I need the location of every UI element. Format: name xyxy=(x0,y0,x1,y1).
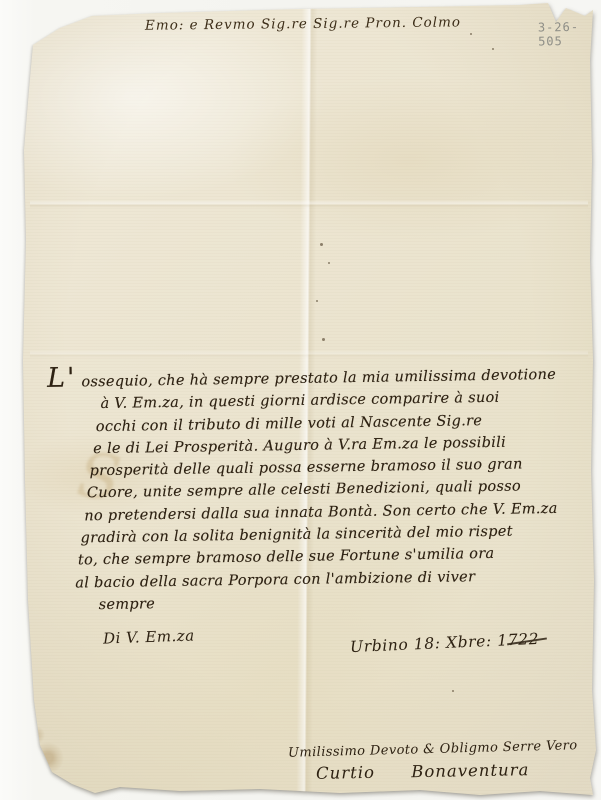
closing-formula: Di V. Em.za xyxy=(103,626,195,647)
signature-title: Umilissimo Devoto & Obligmo Serre Vero xyxy=(288,738,578,761)
letter-paper-shadow: S Emo: e Revmo Sig.re Sig.re Pron. Colmo… xyxy=(0,0,601,800)
letter-body: L' ossequio, che hà sempre prestato la m… xyxy=(40,364,584,618)
horizontal-fold-crease-faint xyxy=(30,350,588,358)
letter-paper: S Emo: e Revmo Sig.re Sig.re Pron. Colmo… xyxy=(0,0,601,800)
dateline: Urbino 18: Xbre: 1722 xyxy=(350,630,540,656)
catalog-number: 3-26-505 xyxy=(538,19,601,48)
ink-speck xyxy=(320,243,323,246)
horizontal-fold-crease xyxy=(30,200,588,208)
ink-speck xyxy=(328,262,330,264)
salutation-line: Emo: e Revmo Sig.re Sig.re Pron. Colmo xyxy=(145,14,475,33)
signature-name: Curtio Bonaventura xyxy=(316,760,530,783)
ink-speck xyxy=(316,300,318,302)
ink-speck xyxy=(452,690,454,692)
ink-speck xyxy=(470,33,472,35)
ink-speck xyxy=(322,338,325,341)
ink-speck xyxy=(492,48,494,50)
scan-background: S Emo: e Revmo Sig.re Sig.re Pron. Colmo… xyxy=(0,0,601,800)
